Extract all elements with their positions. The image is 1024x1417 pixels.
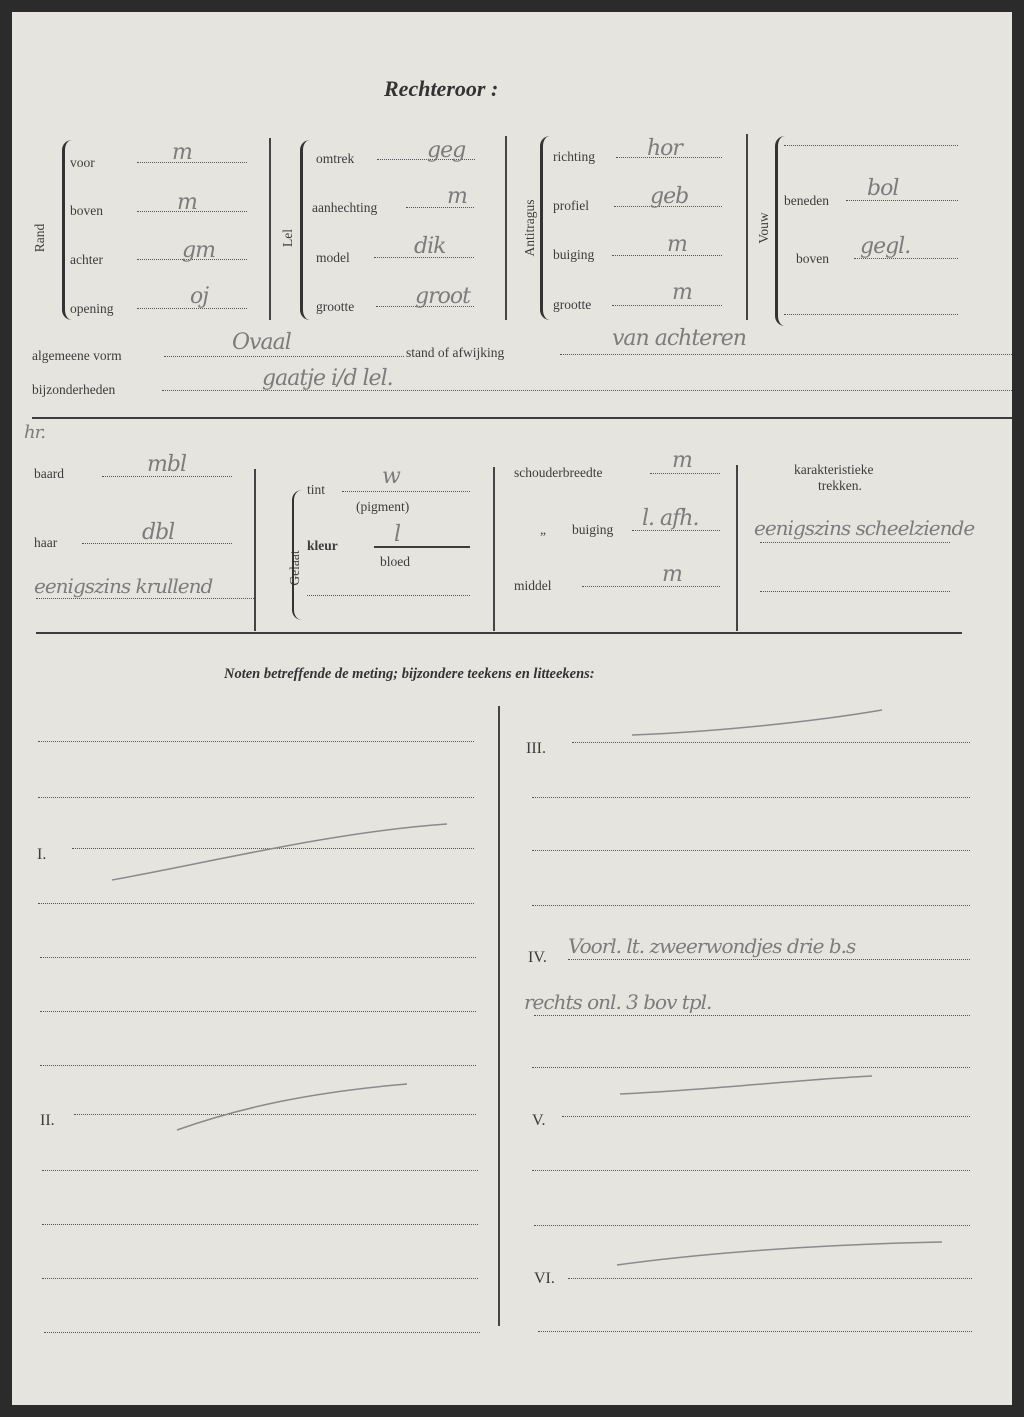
pencil-strokes: [12, 12, 1012, 1405]
identification-card: Rechteroor : Rand voor m boven m achter …: [12, 12, 1012, 1405]
